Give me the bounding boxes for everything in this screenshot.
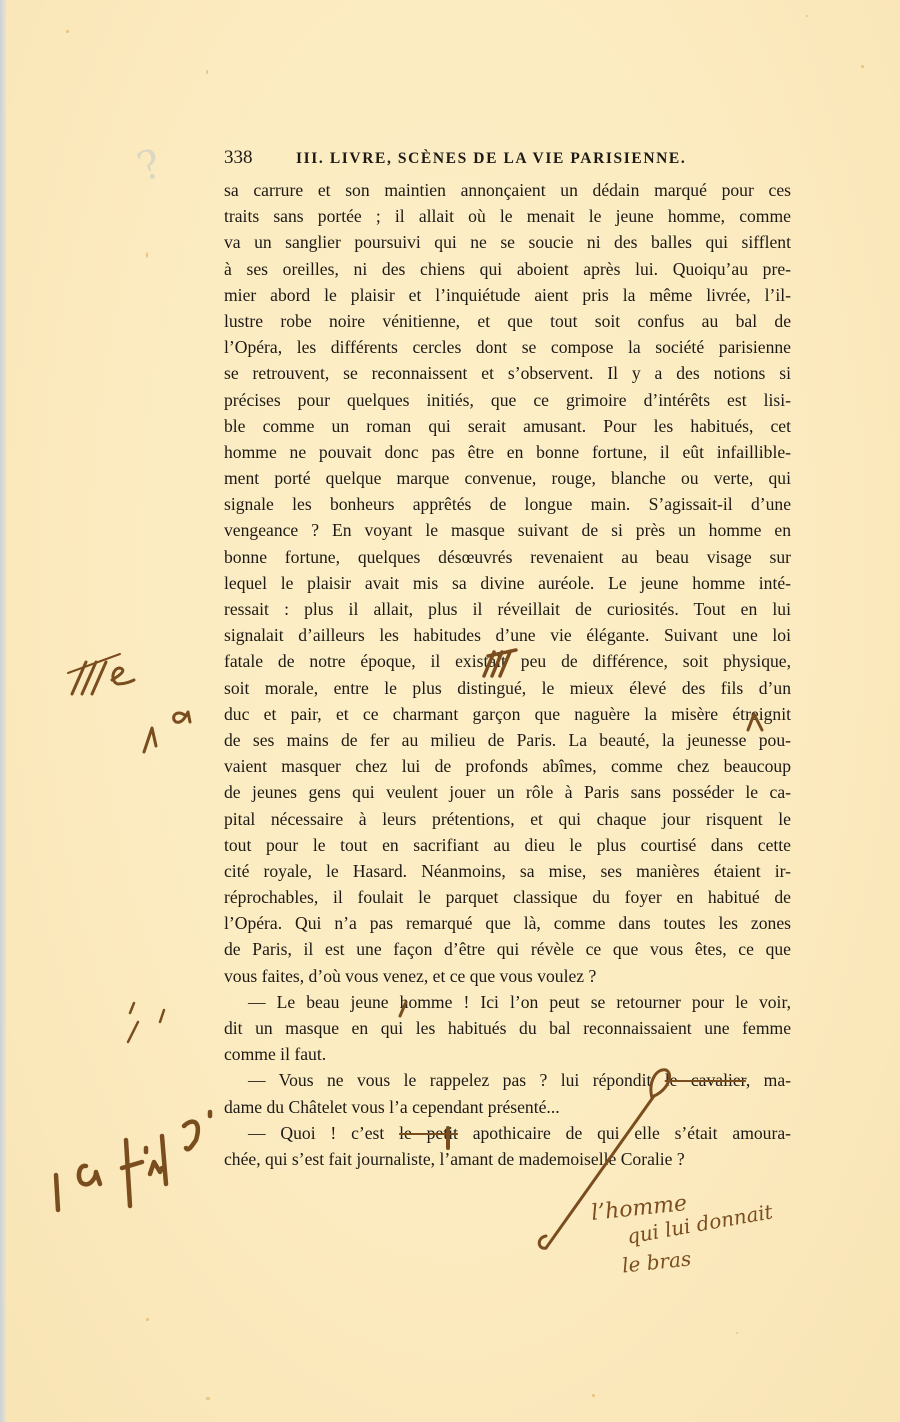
text-line: vaient masquer chez lui de profonds abîm… <box>224 753 791 779</box>
text-line: se retrouvent, se reconnaissent et s’obs… <box>224 360 791 386</box>
handwritten-note-line3: le bras <box>621 1246 692 1277</box>
text-line: ble comme un roman qui serait amusant. P… <box>224 413 791 439</box>
text-line: réprochables, il foulait le parquet clas… <box>224 884 791 910</box>
text-line: vengeance ? En voyant le masque suivant … <box>224 517 791 543</box>
text-line: comme il faut. <box>224 1041 791 1067</box>
text-line: traits sans portée ; il allait où le men… <box>224 203 791 229</box>
text-line: sa carrure et son maintien annonçaient u… <box>224 177 791 203</box>
text-segment: — Quoi ! c’est <box>248 1123 399 1143</box>
text-line: de Paris, il est une façon d’être qui ré… <box>224 936 791 962</box>
text-line: à ses oreilles, ni des chiens qui aboien… <box>224 256 791 282</box>
paper-fleck <box>146 252 148 258</box>
text-line: dit un masque en qui les habitués du bal… <box>224 1015 791 1041</box>
paper-fleck <box>861 65 864 68</box>
text-line: lequel le plaisir avait mis sa divine au… <box>224 570 791 596</box>
text-line: l’Opéra. Qui n’a pas remarqué que là, co… <box>224 910 791 936</box>
text-line: signale les bonheurs apprêtés de longue … <box>224 491 791 517</box>
text-segment: — Vous ne vous le rappelez pas ? lui rép… <box>248 1070 665 1090</box>
text-line: lustre robe noire vénitienne, et que tou… <box>224 308 791 334</box>
text-line: mier abord le plaisir et l’inquiétude ai… <box>224 282 791 308</box>
dialogue-line: — Quoi ! c’est le petit apothicaire de q… <box>224 1120 791 1146</box>
text-line: homme ne pouvait donc pas être en bonne … <box>224 439 791 465</box>
text-line: cité royale, le Hasard. Néanmoins, sa mi… <box>224 858 791 884</box>
margin-slash-marks <box>128 1003 164 1042</box>
text-line: tout pour le tout en sacrifiant au dieu … <box>224 832 791 858</box>
margin-correction-a <box>144 712 190 752</box>
dialogue-line: — Le beau jeune homme ! Ici l’on peut se… <box>224 989 791 1015</box>
text-line: signalait d’ailleurs les habitudes d’une… <box>224 622 791 648</box>
running-head: 338 III. LIVRE, SCÈNES DE LA VIE PARISIE… <box>220 147 800 171</box>
text-line: dame du Châtelet vous l’a cependant prés… <box>224 1094 791 1120</box>
text-segment: apothicaire de qui elle s’était amoura- <box>458 1123 791 1143</box>
margin-correction-ttt <box>68 654 134 694</box>
body-text: sa carrure et son maintien annonçaient u… <box>224 177 791 1172</box>
text-line: de ses mains de fer au milieu de Paris. … <box>224 727 791 753</box>
text-line: bonne fortune, quelques désœuvrés revena… <box>224 544 791 570</box>
struck-text: le cavalier <box>665 1070 746 1090</box>
text-line: soit morale, entre le plus distingué, le… <box>224 675 791 701</box>
text-line: vous faites, d’où vous venez, et ce que … <box>224 963 791 989</box>
paper-fleck <box>146 1318 149 1321</box>
dialogue-line: — Vous ne vous le rappelez pas ? lui rép… <box>224 1067 791 1093</box>
paper-fleck <box>206 70 208 74</box>
show-through-mark: ? <box>132 138 191 233</box>
text-line: fatale de notre époque, il existait peu … <box>224 648 791 674</box>
paper-fleck <box>592 1394 595 1397</box>
paper-fleck <box>806 15 808 17</box>
paper-fleck <box>736 1332 738 1334</box>
paper-fleck <box>206 1397 210 1400</box>
text-line: duc et pair, et ce charmant garçon que n… <box>224 701 791 727</box>
text-line: ment porté quelque marque convenue, roug… <box>224 465 791 491</box>
margin-note-fils <box>56 1112 210 1210</box>
paper-fleck <box>66 30 69 33</box>
running-head-title: III. LIVRE, SCÈNES DE LA VIE PARISIENNE. <box>296 150 686 168</box>
text-line: va un sanglier poursuivi qui ne se souci… <box>224 229 791 255</box>
text-line: ressait : plus il allait, plus il réveil… <box>224 596 791 622</box>
text-line: chée, qui s’est fait journaliste, l’aman… <box>224 1146 791 1172</box>
text-line: l’Opéra, les différents cercles dont se … <box>224 334 791 360</box>
struck-text: le petit <box>399 1123 458 1143</box>
text-line: pital nécessaire à leurs prétentions, et… <box>224 806 791 832</box>
text-line: de jeunes gens qui veulent jouer un rôle… <box>224 779 791 805</box>
text-line: précises pour quelques initiés, que ce g… <box>224 387 791 413</box>
book-page: ? 338 III. LIVRE, SCÈNES DE LA VIE PARIS… <box>6 0 900 1422</box>
page-number: 338 <box>224 147 253 169</box>
text-segment: , ma- <box>746 1070 791 1090</box>
